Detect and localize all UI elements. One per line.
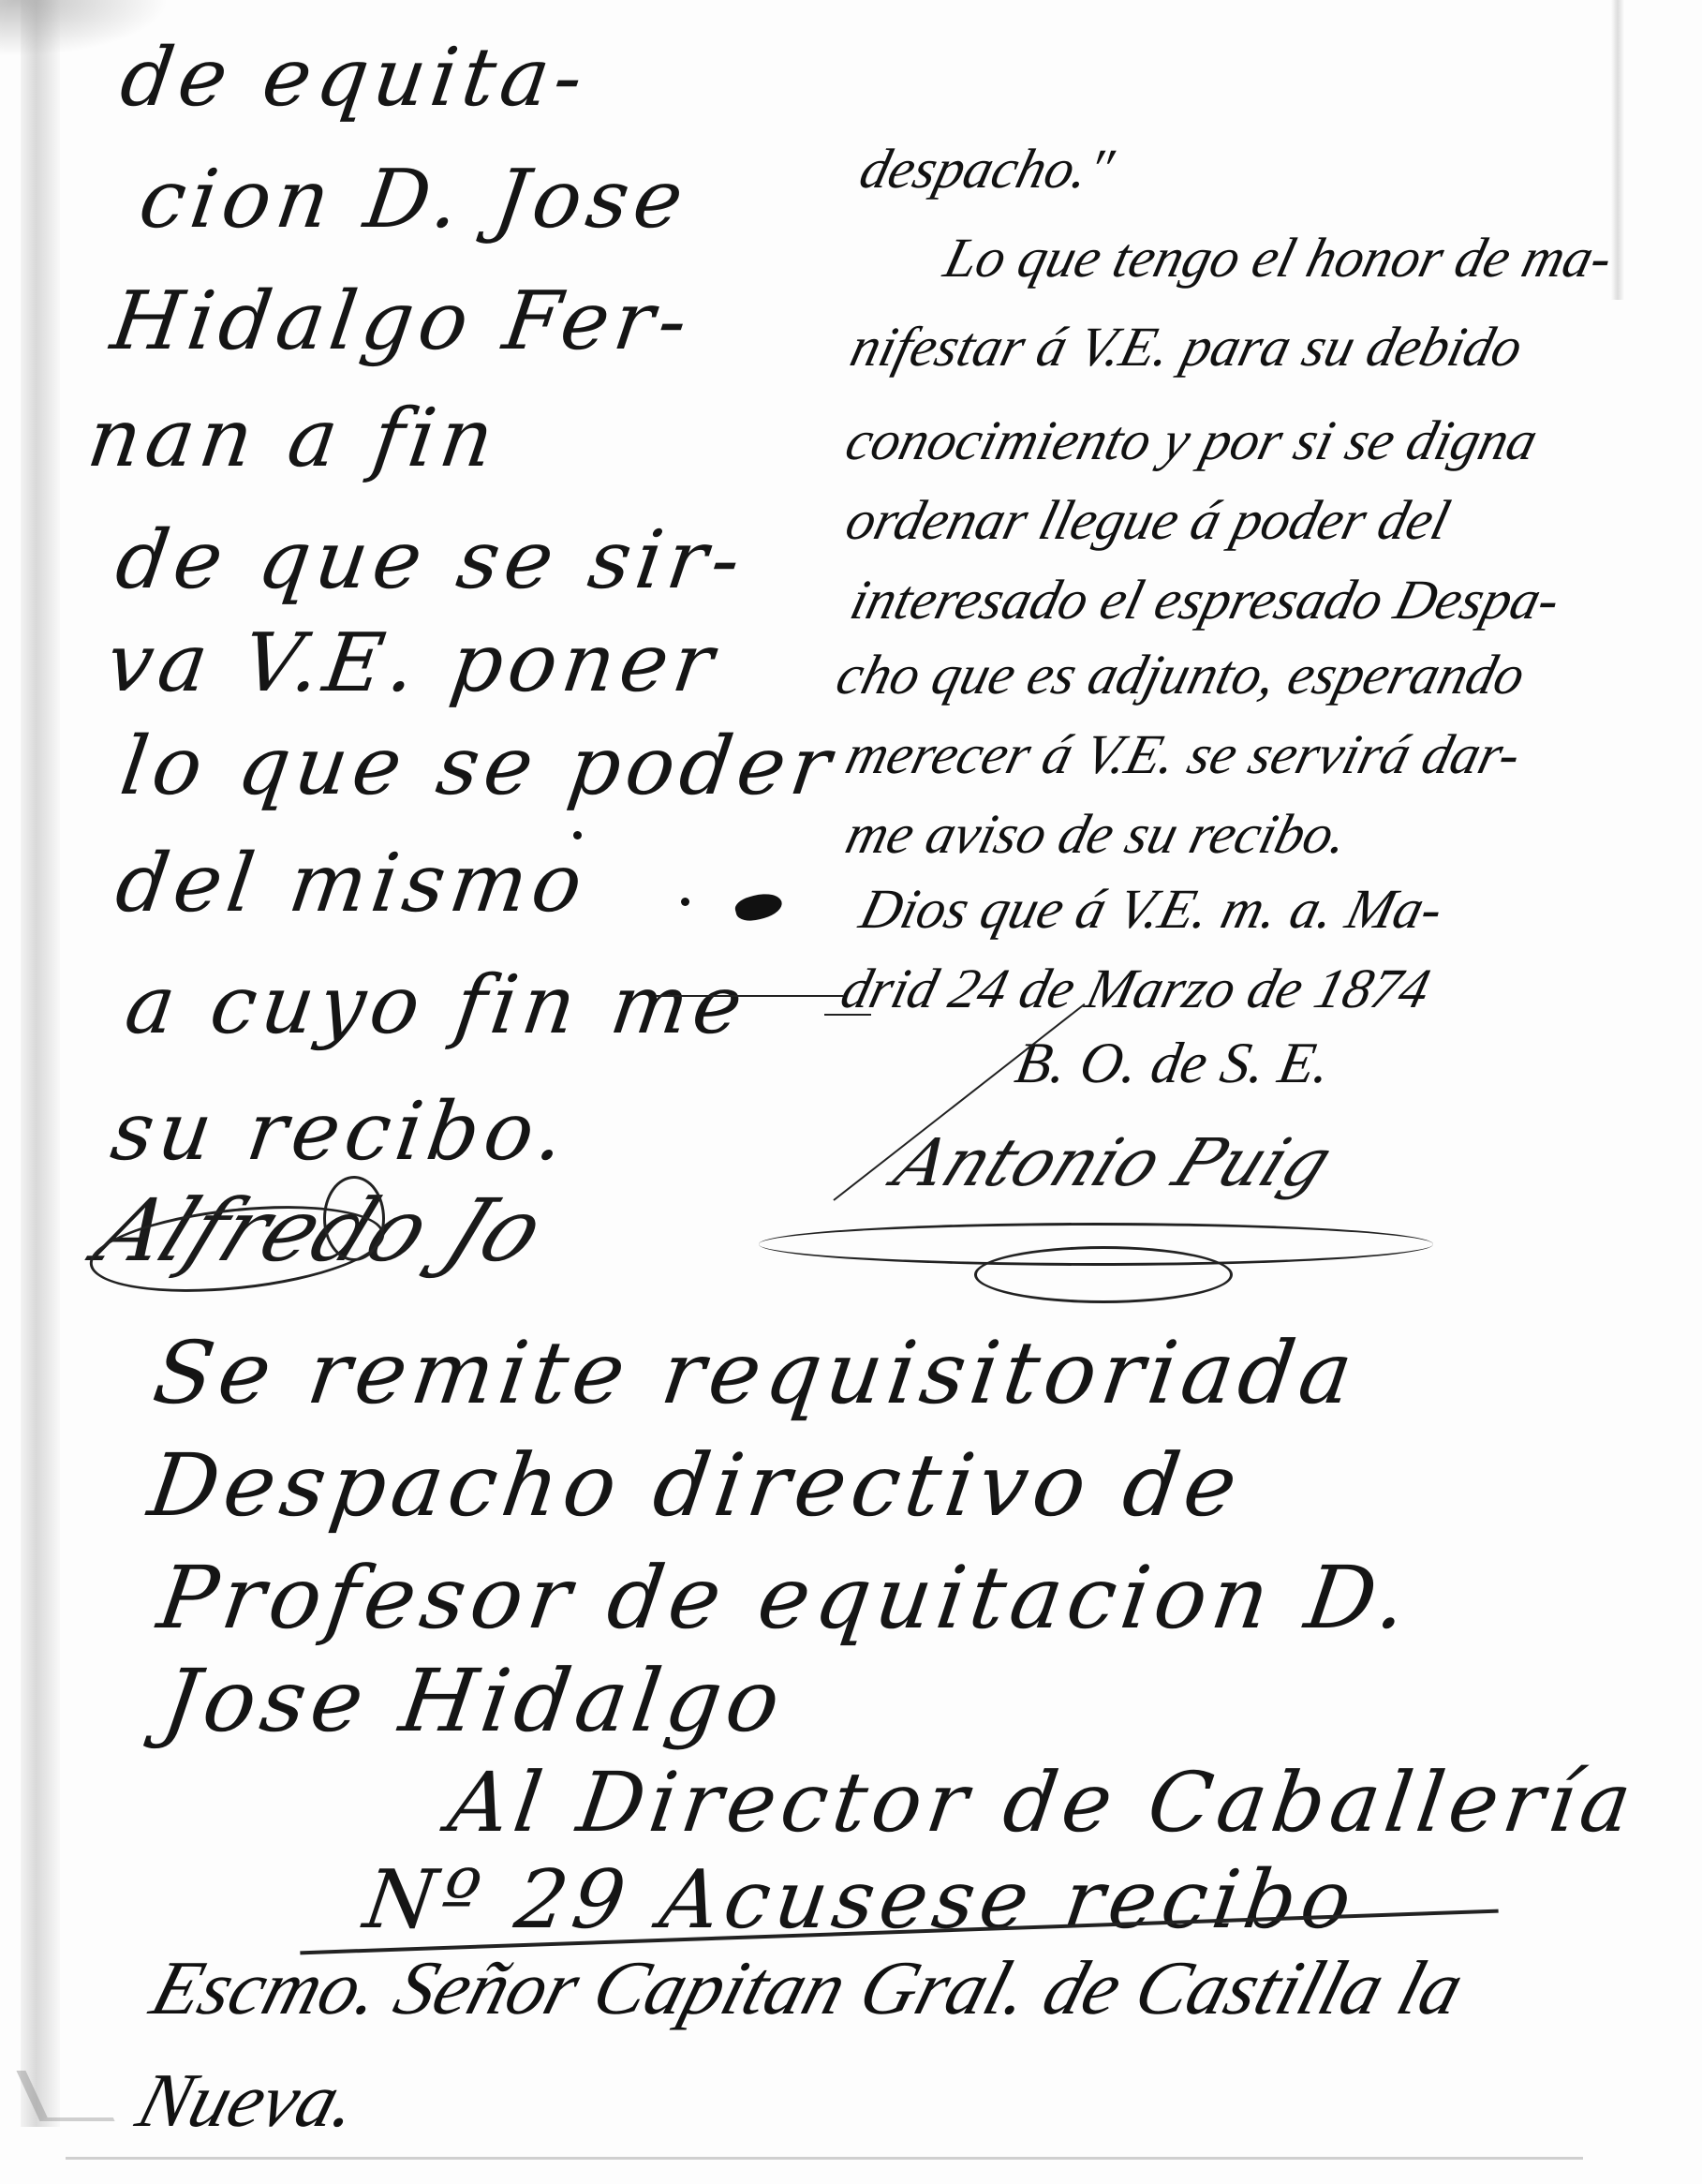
lower-block-line: Se remite requisitoriada xyxy=(149,1330,1363,1417)
lower-block-line: Jose Hidalgo xyxy=(158,1658,791,1745)
body-line: merecer á V.E. se servirá dar- xyxy=(841,726,1527,782)
body-line: Lo que tengo el honor de ma- xyxy=(940,230,1619,286)
margin-note-line: su recibo. xyxy=(107,1092,574,1172)
body-line: conocimiento y por si se digna xyxy=(841,412,1544,468)
margin-note-line: de equita- xyxy=(116,37,593,118)
body-line: me aviso de su recibo. xyxy=(841,806,1354,862)
scan-shadow-right xyxy=(1611,0,1624,300)
underline-stroke xyxy=(656,995,843,997)
signature-rubric xyxy=(974,1246,1233,1303)
body-line: despacho." xyxy=(855,141,1119,197)
margin-note-line: cion D. Jose xyxy=(135,159,693,240)
margin-note-line: va V.E. poner xyxy=(102,623,723,704)
margin-note-line: del mismo xyxy=(111,843,592,924)
body-line: Dios que á V.E. m. a. Ma- xyxy=(855,881,1449,937)
margin-note-line: lo que se poder xyxy=(116,726,841,807)
document-page: de equita- cion D. Jose Hidalgo Fer- nan… xyxy=(0,0,1702,2184)
body-line: interesado el espresado Despa- xyxy=(846,572,1566,628)
margin-note-line: nan a fin xyxy=(83,398,504,479)
closing-signature-text: Antonio Puig xyxy=(883,1124,1342,1201)
closing-abbrev: B. O. de S. E. xyxy=(1011,1031,1336,1097)
lower-block-line: Nº 29 Acusese recibo xyxy=(360,1860,1361,1940)
addressee-line: Escmo. Señor Capitan Gral. de Castilla l… xyxy=(142,1944,1473,2032)
body-line: cho que es adjunto, esperando xyxy=(832,646,1532,703)
addressee-line: Nueva. xyxy=(128,2057,369,2145)
ink-blot xyxy=(733,889,784,925)
margin-note-line: de que se sir- xyxy=(111,520,750,601)
signature-rubric xyxy=(323,1176,385,1261)
body-line-date: drid 24 de Marzo de 1874 xyxy=(836,960,1436,1017)
lower-block-line: Despacho directivo de xyxy=(144,1443,1248,1529)
scan-shadow-left xyxy=(21,0,60,2127)
body-line: nifestar á V.E. para su debido xyxy=(846,319,1529,375)
ink-dot xyxy=(573,831,582,839)
margin-note-line: a cuyo fin me xyxy=(121,965,752,1046)
underline-stroke xyxy=(824,1014,871,1016)
page-bottom-edge xyxy=(66,2157,1583,2160)
ink-dot xyxy=(681,898,689,906)
body-line: ordenar llegue á poder del xyxy=(841,492,1456,548)
margin-note-line: Hidalgo Fer- xyxy=(107,281,698,362)
lower-block-line: Profesor de equitacion D. xyxy=(154,1555,1418,1642)
lower-block-line: Al Director de Caballería xyxy=(444,1761,1642,1844)
